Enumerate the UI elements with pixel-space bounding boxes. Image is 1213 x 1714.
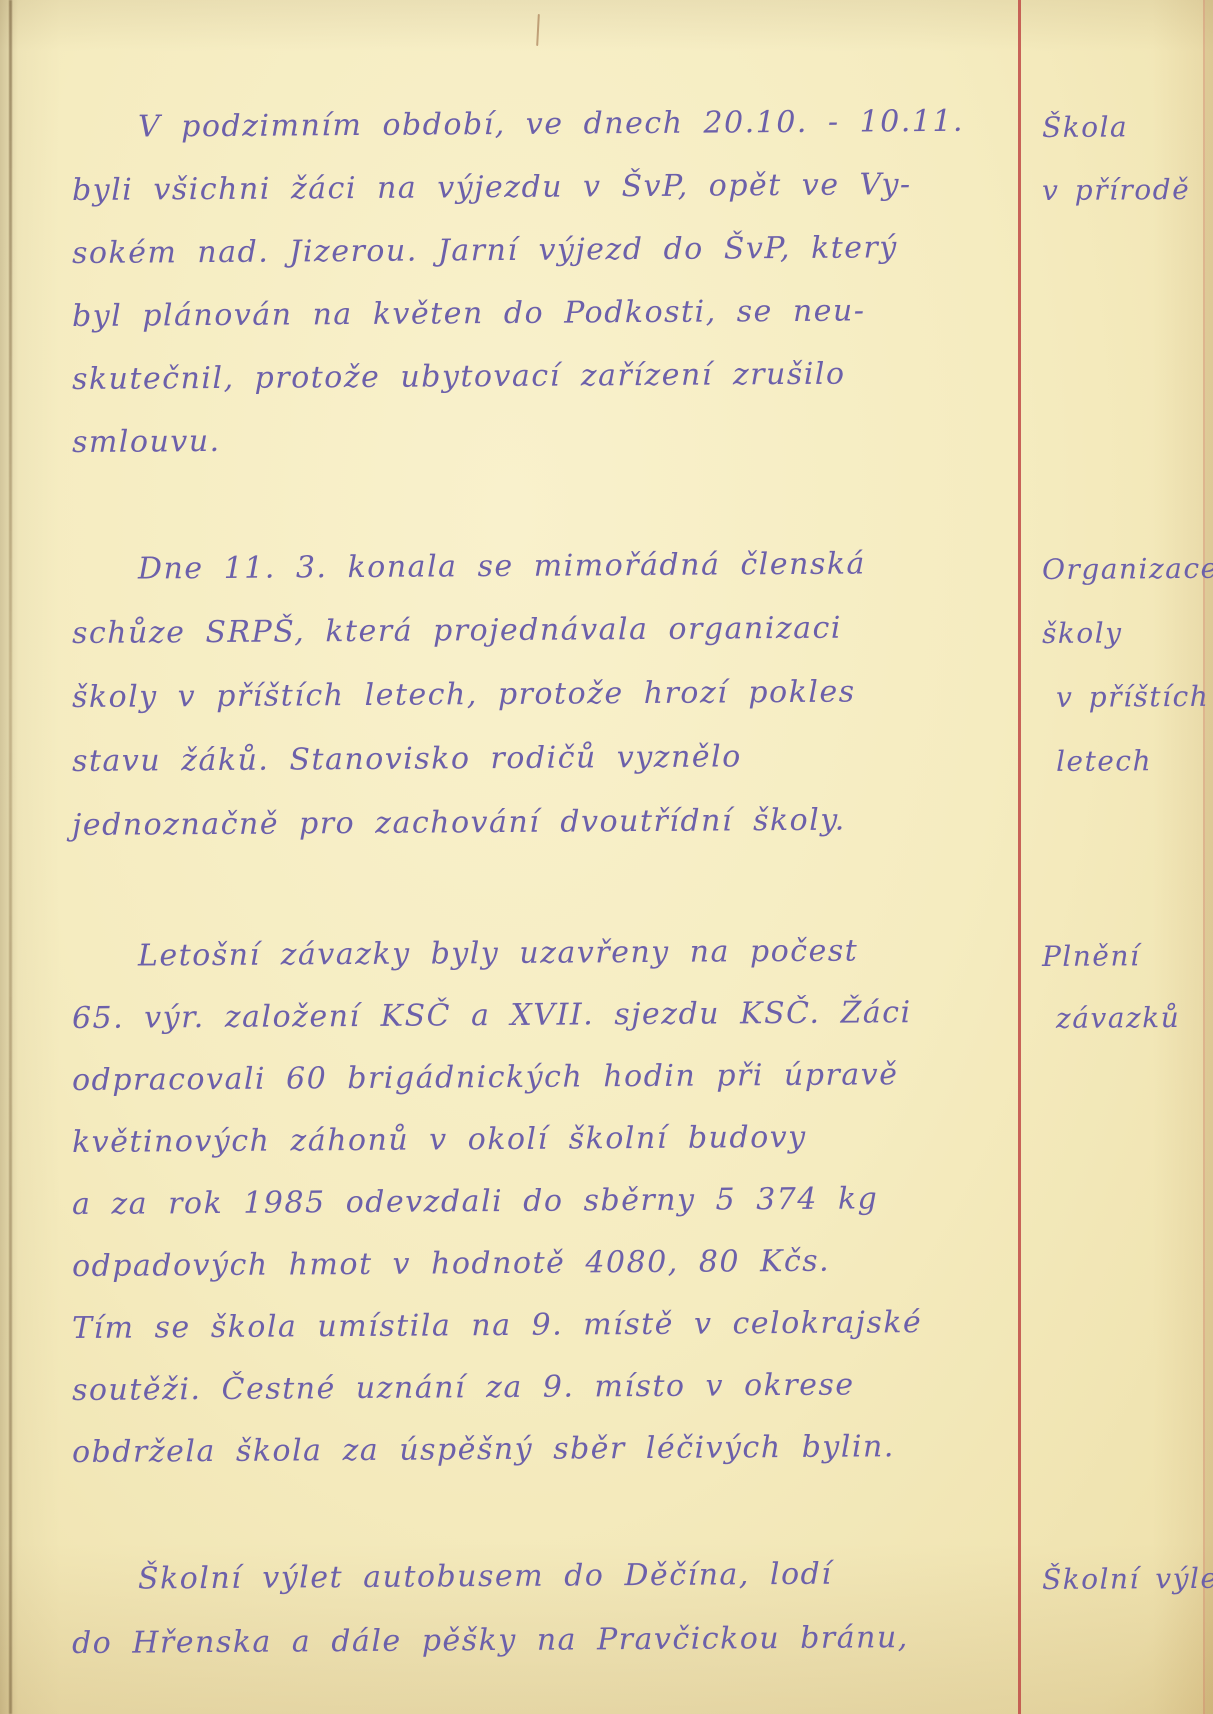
margin-note-line: v přírodě [1042,158,1207,222]
paragraph-skolni-vylet: Školní výlet autobusem do Děčína, lodí d… [72,1548,972,1676]
margin-note-line: závazků [1042,987,1207,1050]
text-line: odpracovali 60 brigádnických hodin při ú… [72,1044,972,1112]
text-line: skutečnil, protože ubytovací zařízení zr… [72,342,972,411]
margin-note-organizace-skoly: Organizace školy v příštích letech [1042,538,1207,794]
text-line: byl plánován na květen do Podkosti, se n… [72,279,972,348]
text-line: Letošní závazky byly uzavřeny na počest [72,920,972,988]
text-line: schůze SRPŠ, která projednávala organiza… [72,596,972,666]
text-line: Školní výlet autobusem do Děčína, lodí [72,1542,972,1612]
text-line: květinových záhonů v okolí školní budovy [72,1106,972,1174]
margin-note-skolni-vylet: Školní výlet [1042,1548,1207,1612]
text-line: sokém nad. Jizerou. Jarní výjezd do ŠvP,… [72,216,972,285]
text-line: do Hřenska a dále pěšky na Pravčickou br… [72,1606,972,1676]
text-line: smlouvu. [72,405,972,474]
margin-note-line: letech [1042,729,1207,794]
text-line: V podzimním období, ve dnech 20.10. - 10… [72,90,972,159]
chronicle-page: V podzimním období, ve dnech 20.10. - 10… [0,0,1213,1714]
margin-note-line: Organizace [1042,537,1207,602]
text-line: Tím se škola umístila na 9. místě v celo… [72,1292,972,1360]
page-binding-crease [9,0,12,1714]
text-line: Dne 11. 3. konala se mimořádná členská [72,532,972,602]
margin-note-skola-v-prirode: Škola v přírodě [1042,96,1207,222]
margin-note-plneni-zavazku: Plnění závazků [1042,926,1207,1050]
margin-note-line: Plnění [1042,925,1207,988]
paragraph-plneni-zavazku: Letošní závazky byly uzavřeny na počest … [72,926,972,1484]
text-line: stavu žáků. Stanovisko rodičů vyznělo [72,724,972,794]
stray-pen-mark [536,14,540,46]
margin-note-line: Škola [1042,95,1207,159]
text-line: jednoznačně pro zachování dvoutřídní ško… [72,788,972,858]
paragraph-skola-v-prirode: V podzimním období, ve dnech 20.10. - 10… [72,96,972,474]
paragraph-organizace-skoly: Dne 11. 3. konala se mimořádná členská s… [72,538,972,858]
text-line: odpadových hmot v hodnotě 4080, 80 Kčs. [72,1230,972,1298]
text-line: školy v příštích letech, protože hrozí p… [72,660,972,730]
text-line: byli všichni žáci na výjezdu v ŠvP, opět… [72,153,972,222]
margin-note-line: v příštích [1042,665,1207,730]
text-line: 65. výr. založení KSČ a XVII. sjezdu KSČ… [72,982,972,1050]
margin-note-line: Školní výlet [1042,1547,1207,1612]
text-line: soutěži. Čestné uznání za 9. místo v okr… [72,1354,972,1422]
text-line: obdržela škola za úspěšný sběr léčivých … [72,1416,972,1484]
margin-note-line: školy [1042,601,1207,666]
red-margin-rule [1018,0,1021,1714]
text-line: a za rok 1985 odevzdali do sběrny 5 374 … [72,1168,972,1236]
page-right-edge [1203,0,1213,1714]
